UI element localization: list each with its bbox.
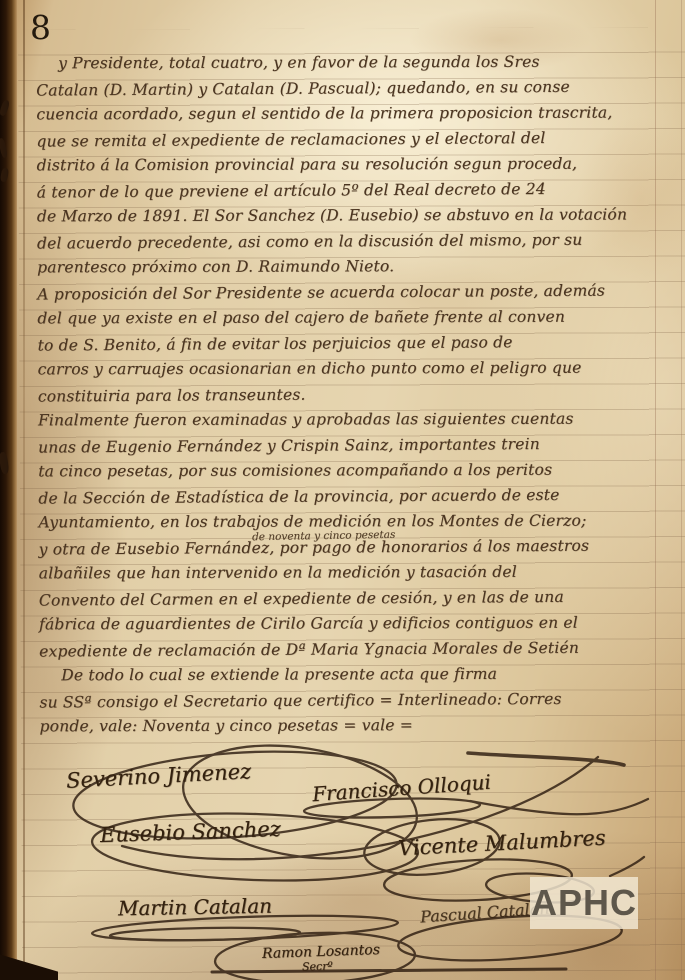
signature-francisco-olloqui: Francisco Olloqui bbox=[311, 770, 491, 806]
signature-vicente-malumbres: Vicente Malumbres bbox=[398, 826, 607, 861]
page-fold-line bbox=[23, 0, 25, 980]
manuscript-line: distrito á la Comision provincial para s… bbox=[37, 151, 655, 178]
manuscript-line: unas de Eugenio Fernández y Crispin Sain… bbox=[38, 431, 656, 461]
signature-secretary-title: Secrº bbox=[302, 959, 333, 973]
manuscript-line: y Presidente, total cuatro, y en favor d… bbox=[36, 49, 654, 76]
manuscript-line: Finalmente fueron examinadas y aprobadas… bbox=[38, 406, 656, 433]
manuscript-line: albañiles que han intervenido en la medi… bbox=[39, 559, 657, 586]
signature-martin-catalan: Martin Catalan bbox=[118, 894, 272, 921]
manuscript-line: de la Sección de Estadística de la provi… bbox=[38, 482, 656, 512]
manuscript-line: fábrica de aguardientes de Cirilo García… bbox=[39, 610, 657, 637]
manuscript-line: Catalan (D. Martin) y Catalan (D. Pascua… bbox=[36, 74, 654, 104]
manuscript-line: carros y carruajes ocasionarian en dicho… bbox=[38, 355, 656, 382]
aphc-watermark-text: APHC bbox=[531, 882, 637, 924]
manuscript-line: que se remita el expediente de reclamaci… bbox=[36, 125, 654, 155]
manuscript-line: del acuerdo precedente, asi como en la d… bbox=[37, 227, 655, 257]
manuscript-line: su SSª consigo el Secretario que certifi… bbox=[39, 686, 657, 716]
right-margin-line bbox=[681, 0, 682, 980]
manuscript-line: de Marzo de 1891. El Sor Sanchez (D. Eus… bbox=[37, 202, 655, 229]
manuscript-page: 8 y Presidente, total cuatro, y en favor… bbox=[0, 0, 685, 980]
manuscript-line: ta cinco pesetas, por sus comisiones aco… bbox=[38, 457, 656, 484]
manuscript-line: parentesco próximo con D. Raimundo Nieto… bbox=[37, 253, 655, 280]
manuscript-line: ponde, vale: Noventa y cinco pesetas = v… bbox=[39, 712, 657, 739]
interlinear-note: de noventa y cinco pesetas bbox=[252, 529, 396, 543]
manuscript-line: De todo lo cual se extiende la presente … bbox=[39, 661, 657, 688]
manuscript-line: A proposición del Sor Presidente se acue… bbox=[37, 278, 655, 308]
manuscript-line: to de S. Benito, á fin de evitar los per… bbox=[37, 329, 655, 359]
manuscript-line: constituiria para los transeuntes. bbox=[38, 380, 656, 410]
manuscript-line: expediente de reclamación de Dª Maria Yg… bbox=[39, 635, 657, 665]
manuscript-line: á tenor de lo que previene el artículo 5… bbox=[37, 176, 655, 206]
signature-severino-jimenez: Severino Jimenez bbox=[65, 759, 251, 793]
page-number: 8 bbox=[30, 8, 51, 47]
manuscript-line: cuencia acordado, segun el sentido de la… bbox=[36, 100, 654, 127]
signature-eusebio-sanchez: Eusebio Sanchez bbox=[100, 817, 281, 847]
aphc-watermark: APHC bbox=[530, 877, 638, 929]
manuscript-line: del que ya existe en el paso del cajero … bbox=[37, 304, 655, 331]
manuscript-line: Convento del Carmen en el expediente de … bbox=[39, 584, 657, 614]
manuscript-text: y Presidente, total cuatro, y en favor d… bbox=[36, 49, 658, 741]
